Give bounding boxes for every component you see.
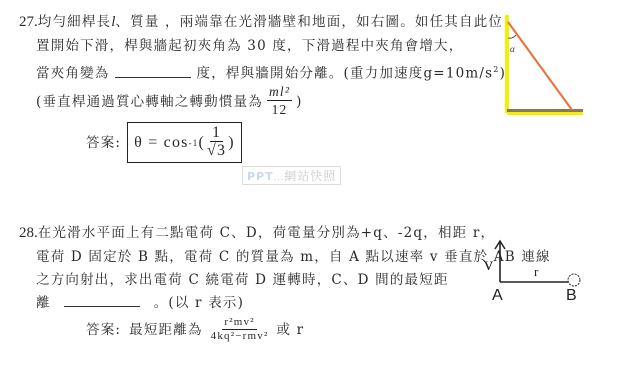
q27-answer-box: θ = cos-1( 1 √3 ): [127, 122, 242, 163]
q27-text-3b: 度，桿與牆開始分離。(重力加速度g=10m/s: [197, 66, 494, 82]
answer-fraction: 1 √3: [205, 125, 228, 160]
floor-yellow: [507, 112, 583, 115]
q27-number: 27.: [19, 14, 38, 30]
q28-number: 28.: [19, 225, 38, 241]
q28-answer-label: 答案:: [86, 322, 121, 338]
q27-answer-row: 答案: θ = cos-1( 1 √3 ): [86, 122, 242, 163]
charge-b-circle: [568, 274, 580, 286]
v-label: v: [484, 254, 493, 274]
q28-line1: 28.在光滑水平面上有二點電荷 C、D，荷電量分別為+q、-2q，相距 r，: [19, 225, 495, 241]
q28-text-1: 在光滑水平面上有二點電荷 C、D，荷電量分別為+q、-2q，相距 r，: [38, 225, 495, 241]
a-label: A: [492, 287, 503, 304]
q27-hint-text: (垂直桿通過質心轉軸之轉動慣量為: [36, 94, 263, 110]
rod: [508, 22, 572, 110]
answer-sup: -1: [189, 135, 199, 151]
frac-den: √3: [205, 142, 228, 160]
q28-answer-row: 答案: 最短距離為 r²mv² 4kq²−rmv² 或 r: [86, 316, 304, 343]
q27-hint: (垂直桿通過質心轉軸之轉動慣量為 ml² 12 ): [36, 84, 303, 119]
r-label: r: [534, 264, 539, 279]
wall: [505, 15, 509, 113]
q28-line2: 電荷 D 固定於 B 點，電荷 C 的質量為 m，自 A 點以速率 v 垂直於 …: [36, 249, 551, 265]
q28-text-4a: 離: [36, 295, 51, 311]
frac-den: 12: [270, 101, 290, 119]
charge-diagram: v r A B: [478, 236, 598, 306]
q28-line3: 之方向射出，求出電荷 C 繞電荷 D 運轉時，C、D 間的最短距: [36, 272, 449, 288]
q27-text-3a: 當夾角變為: [36, 66, 110, 82]
q28-line4: 離 。(以 r 表示): [36, 294, 244, 311]
ladder-diagram: α: [500, 12, 590, 116]
watermark: PPT...網站快照: [242, 166, 341, 185]
q27-hint-close: ): [296, 94, 302, 110]
watermark-text: 網站快照: [284, 169, 336, 183]
watermark-suffix: ...: [274, 173, 285, 182]
q28-text-4b: 。(以 r 表示): [154, 295, 244, 311]
frac-num: 1: [210, 125, 223, 142]
q28-answer-text: 最短距離為: [129, 322, 203, 338]
q27-inertia-fraction: ml² 12: [267, 84, 292, 119]
answer-theta: θ = cos: [134, 135, 188, 151]
frac-num: ml²: [267, 84, 292, 101]
q27-answer-label: 答案:: [86, 135, 121, 151]
q27-text-1b: 、質量 ，兩端靠在光滑牆壁和地面，如右圖。如任其自此位: [115, 14, 503, 30]
q27-line2: 置開始下滑，桿與牆起初夾角為 30 度，下滑過程中夾角會增大，: [36, 38, 463, 54]
angle-arc: [508, 35, 516, 38]
paren-close: ): [228, 135, 235, 151]
q27-line1: 27.均勻細桿長l、質量 ，兩端靠在光滑牆壁和地面，如右圖。如任其自此位: [19, 14, 503, 30]
frac-num: r²mv²: [222, 316, 256, 330]
watermark-logo: PPT: [247, 170, 274, 183]
frac-den: 4kq²−rmv²: [209, 330, 271, 343]
q28-answer-fraction: r²mv² 4kq²−rmv²: [209, 316, 271, 343]
q28-answer-or: 或 r: [276, 322, 304, 338]
q27-text-1a: 均勻細桿長: [38, 14, 112, 30]
q28-answer-blank: [64, 294, 140, 307]
q27-line3: 當夾角變為 度，桿與牆開始分離。(重力加速度g=10m/s2): [36, 62, 506, 82]
q27-answer-blank: [115, 65, 191, 78]
b-label: B: [566, 287, 577, 304]
alpha-label: α: [510, 44, 515, 54]
